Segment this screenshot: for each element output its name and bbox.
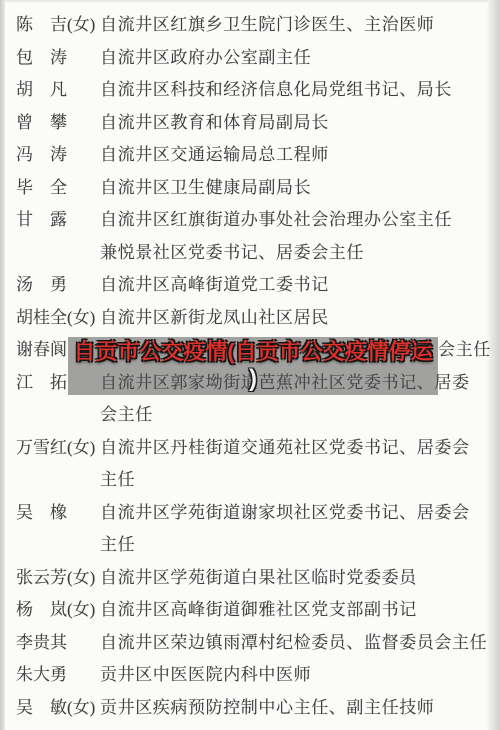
scan-edge-top [0, 0, 500, 3]
person-title-line: 自流井区红旗乡卫生院门诊医生、主治医师 [100, 9, 500, 42]
person-name: 张云芳(女) [0, 562, 100, 595]
person-name: 万雪红(女) [0, 432, 100, 497]
person-title: 自流井区学苑街道谢家坝社区党委书记、居委会主任 [100, 497, 500, 562]
person-title: 贡井区中医医院内科中医师 [100, 659, 500, 692]
roster-row: 杨 岚(女) 自流井区高峰街道御雅社区党支部副书记 [0, 594, 500, 627]
person-title-line: 自流井区新街龙凤山社区居民 [100, 302, 500, 335]
roster-row: 冯 涛 自流井区交通运输局总工程师 [0, 139, 500, 172]
person-title-line: 自流井区丹桂街道交通苑社区党委书记、居委会 [100, 432, 500, 465]
person-title-line: 自流井区红旗街道办事处社会治理办公室主任 [100, 204, 500, 237]
person-name: 吴 敏(女) [0, 692, 100, 725]
person-title: 自流井区红旗乡卫生院门诊医生、主治医师 [100, 9, 500, 42]
person-title-line: 自流井区高峰街道党工委书记 [100, 269, 500, 302]
roster-row: 谢春阆 会主任 [0, 334, 500, 367]
roster-row: 包 涛 自流井区政府办公室副主任 [0, 42, 500, 75]
person-name: 谢春阆 [0, 334, 100, 367]
person-title: 自流井区丹桂街道交通苑社区党委书记、居委会主任 [100, 432, 500, 497]
person-name: 毕 全 [0, 172, 100, 205]
person-title-line: 会主任 [100, 399, 500, 432]
roster-row: 胡 凡 自流井区科技和经济信息化局党组书记、局长 [0, 74, 500, 107]
person-title-line: 主任 [100, 464, 500, 497]
person-title-line: 自流井区卫生健康局副局长 [100, 172, 500, 205]
person-title-line: 自流井区高峰街道御雅社区党支部副书记 [100, 594, 500, 627]
person-name: 包 涛 [0, 42, 100, 75]
person-title-line: 自流井区学苑街道白果社区临时党委委员 [100, 562, 500, 595]
person-title-line: 自流井区郭家坳街道芭蕉冲社区党委书记、居委 [100, 367, 500, 400]
roster-row: 万雪红(女) 自流井区丹桂街道交通苑社区党委书记、居委会主任 [0, 432, 500, 497]
person-name: 陈 吉(女) [0, 9, 100, 42]
roster-row: 吴 敏(女) 贡井区疾病预防控制中心主任、副主任技师 [0, 692, 500, 725]
person-name: 朱大勇 [0, 659, 100, 692]
roster-row: 毕 全 自流井区卫生健康局副局长 [0, 172, 500, 205]
person-title-line: 贡井区中医医院内科中医师 [100, 659, 500, 692]
person-name: 汤 勇 [0, 269, 100, 302]
person-name: 李贵其 [0, 627, 100, 660]
person-title-line: 兼悦景社区党委书记、居委会主任 [100, 237, 500, 270]
person-title: 自流井区红旗街道办事处社会治理办公室主任兼悦景社区党委书记、居委会主任 [100, 204, 500, 269]
roster-row: 胡桂全(女) 自流井区新街龙凤山社区居民 [0, 302, 500, 335]
person-title-line: 自流井区政府办公室副主任 [100, 42, 500, 75]
person-name: 吴 橡 [0, 497, 100, 562]
person-title: 自流井区政府办公室副主任 [100, 42, 500, 75]
person-title: 自流井区卫生健康局副局长 [100, 172, 500, 205]
roster-row: 江 拓 自流井区郭家坳街道芭蕉冲社区党委书记、居委会主任 [0, 367, 500, 432]
person-title: 自流井区教育和体育局副局长 [100, 107, 500, 140]
person-title-line: 会主任 [438, 334, 500, 367]
person-title-line: 自流井区教育和体育局副局长 [100, 107, 500, 140]
person-name: 胡 凡 [0, 74, 100, 107]
roster-row: 吴 橡 自流井区学苑街道谢家坝社区党委书记、居委会主任 [0, 497, 500, 562]
person-title: 贡井区疾病预防控制中心主任、副主任技师 [100, 692, 500, 725]
person-title: 自流井区高峰街道御雅社区党支部副书记 [100, 594, 500, 627]
person-name: 冯 涛 [0, 139, 100, 172]
person-title-line: 自流井区科技和经济信息化局党组书记、局长 [100, 74, 500, 107]
person-name: 曾 攀 [0, 107, 100, 140]
person-title-line: 自流井区学苑街道谢家坝社区党委书记、居委会 [100, 497, 500, 530]
person-name: 江 拓 [0, 367, 100, 432]
roster-row: 张云芳(女) 自流井区学苑街道白果社区临时党委委员 [0, 562, 500, 595]
person-title: 自流井区学苑街道白果社区临时党委委员 [100, 562, 500, 595]
person-title-line: 主任 [100, 529, 500, 562]
roster-row: 李贵其 自流井区荣边镇雨潭村纪检委员、监督委员会主任 [0, 627, 500, 660]
person-title: 自流井区新街龙凤山社区居民 [100, 302, 500, 335]
person-title-line: 贡井区疾病预防控制中心主任、副主任技师 [100, 692, 500, 725]
person-name: 杨 岚(女) [0, 594, 100, 627]
person-title: 自流井区高峰街道党工委书记 [100, 269, 500, 302]
roster-list: 陈 吉(女) 自流井区红旗乡卫生院门诊医生、主治医师 包 涛 自流井区政府办公室… [0, 9, 500, 724]
roster-row: 陈 吉(女) 自流井区红旗乡卫生院门诊医生、主治医师 [0, 9, 500, 42]
roster-row: 朱大勇 贡井区中医医院内科中医师 [0, 659, 500, 692]
person-title: 自流井区荣边镇雨潭村纪检委员、监督委员会主任 [100, 627, 500, 660]
person-title: 自流井区科技和经济信息化局党组书记、局长 [100, 74, 500, 107]
person-name: 胡桂全(女) [0, 302, 100, 335]
person-title-line: 自流井区荣边镇雨潭村纪检委员、监督委员会主任 [100, 627, 500, 660]
roster-row: 汤 勇 自流井区高峰街道党工委书记 [0, 269, 500, 302]
person-title: 自流井区交通运输局总工程师 [100, 139, 500, 172]
person-title: 自流井区郭家坳街道芭蕉冲社区党委书记、居委会主任 [100, 367, 500, 432]
person-title-line: 自流井区交通运输局总工程师 [100, 139, 500, 172]
person-name: 甘 露 [0, 204, 100, 269]
roster-row: 曾 攀 自流井区教育和体育局副局长 [0, 107, 500, 140]
scanned-document-page: 陈 吉(女) 自流井区红旗乡卫生院门诊医生、主治医师 包 涛 自流井区政府办公室… [0, 0, 500, 730]
roster-row: 甘 露 自流井区红旗街道办事处社会治理办公室主任兼悦景社区党委书记、居委会主任 [0, 204, 500, 269]
person-title: 会主任 [100, 334, 500, 367]
